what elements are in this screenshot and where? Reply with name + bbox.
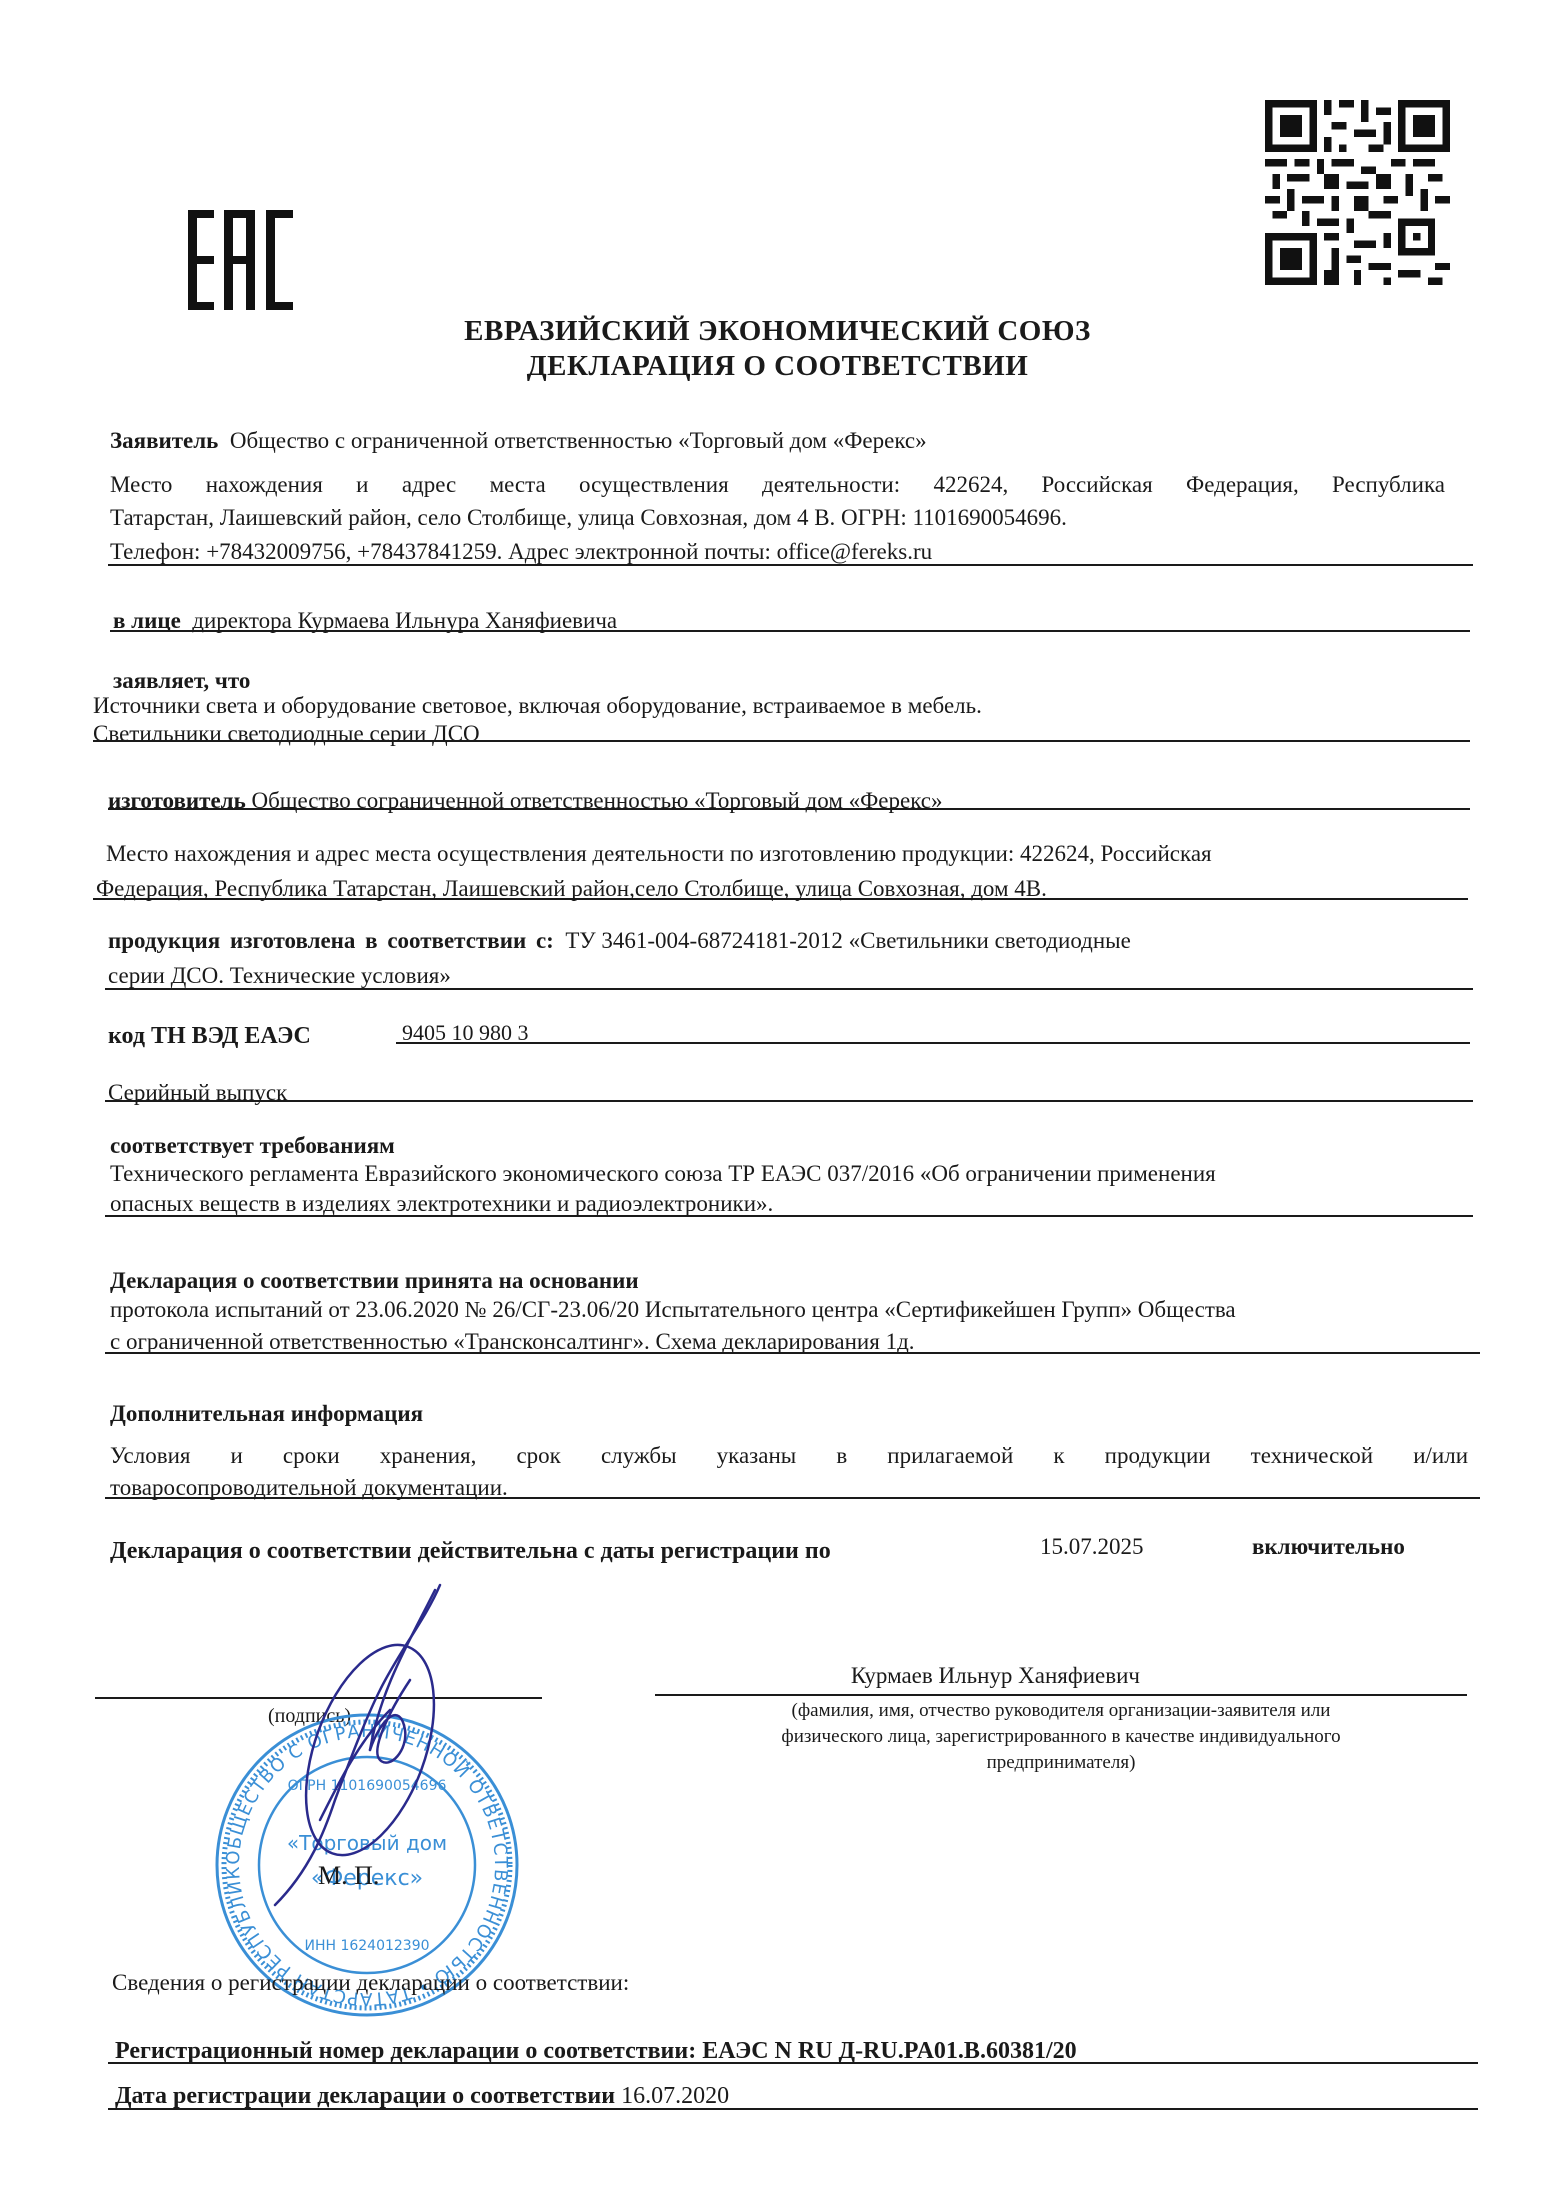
divider xyxy=(105,1100,1473,1102)
basis-line1: протокола испытаний от 23.06.2020 № 26/С… xyxy=(110,1294,1236,1326)
divider xyxy=(105,988,1473,990)
produced-per-label: продукция изготовлена в соответствии с: xyxy=(108,928,554,953)
validity-date: 15.07.2025 xyxy=(1040,1531,1144,1563)
manufacturer-address-line2: Федерация, Республика Татарстан, Лаишевс… xyxy=(96,873,1047,905)
validity-label: Декларация о соответствии действительна … xyxy=(110,1535,831,1567)
declares-line2: Светильники светодиодные серии ДСО xyxy=(93,718,480,750)
divider xyxy=(108,564,1473,566)
registration-number-value: ЕАЭС N RU Д-RU.PA01.B.60381/20 xyxy=(702,2038,1076,2064)
title-declaration: ДЕКЛАРАЦИЯ О СООТВЕТСТВИИ xyxy=(0,350,1555,383)
signer-name-line xyxy=(655,1694,1467,1696)
additional-label: Дополнительная информация xyxy=(110,1398,423,1430)
registration-number-label: Регистрационный номер декларации о соотв… xyxy=(115,2038,696,2064)
divider xyxy=(93,898,1468,900)
additional-line1: Условия и сроки хранения, срок службы ук… xyxy=(110,1440,1468,1472)
manufacturer-row: изготовитель Общество сограниченной отве… xyxy=(108,785,943,817)
conforms-line1: Технического регламента Евразийского эко… xyxy=(110,1158,1216,1190)
produced-per-row: продукция изготовлена в соответствии с: … xyxy=(108,925,1131,957)
divider xyxy=(108,808,1470,810)
divider xyxy=(108,2108,1478,2110)
signer-caption-line1: (фамилия, имя, отчество руководителя орг… xyxy=(655,1698,1467,1724)
divider xyxy=(110,630,1470,632)
registration-date-value: 16.07.2020 xyxy=(621,2083,729,2109)
divider xyxy=(396,1042,1470,1044)
divider xyxy=(105,1497,1480,1499)
divider xyxy=(108,2062,1478,2064)
applicant-label: Заявитель xyxy=(110,428,218,453)
registration-intro: Сведения о регистрации декларации о соот… xyxy=(112,1967,629,1999)
applicant-address-line2: Татарстан, Лаишевский район, село Столби… xyxy=(110,502,1067,534)
release-type: Серийный выпуск xyxy=(108,1077,287,1109)
title-union: ЕВРАЗИЙСКИЙ ЭКОНОМИЧЕСКИЙ СОЮЗ xyxy=(0,315,1555,348)
qr-code-icon xyxy=(1265,100,1450,285)
tn-ved-value: 9405 10 980 3 xyxy=(402,1017,529,1049)
signature-icon xyxy=(230,1580,470,1910)
additional-line2: товаросопроводительной документации. xyxy=(110,1472,508,1504)
manufacturer-address-line1: Место нахождения и адрес места осуществл… xyxy=(106,838,1212,870)
signer-caption-line2: физического лица, зарегистрированного в … xyxy=(655,1724,1467,1750)
eac-logo-icon xyxy=(188,210,293,310)
divider xyxy=(105,1352,1480,1354)
applicant-name: Общество с ограниченной ответственностью… xyxy=(230,428,927,453)
applicant-address-line1: Место нахождения и адрес места осуществл… xyxy=(110,469,1445,501)
signer-name: Курмаев Ильнур Ханяфиевич xyxy=(0,1660,1140,1692)
divider xyxy=(93,740,1470,742)
divider xyxy=(105,1215,1473,1217)
signer-caption-line3: предпринимателя) xyxy=(655,1750,1467,1776)
produced-per-line1: ТУ 3461-004-68724181-2012 «Светильники с… xyxy=(565,928,1131,953)
applicant-row: Заявитель Общество с ограниченной ответс… xyxy=(110,425,927,457)
registration-date-label: Дата регистрации декларации о соответств… xyxy=(115,2083,615,2109)
basis-label: Декларация о соответствии принята на осн… xyxy=(110,1265,639,1297)
represented-row: в лице директора Курмаева Ильнура Ханяфи… xyxy=(113,605,617,637)
validity-suffix: включительно xyxy=(1252,1531,1405,1563)
stamp-inn: ИНН 1624012390 xyxy=(304,1938,429,1954)
tn-ved-label: код ТН ВЭД ЕАЭС xyxy=(108,1020,311,1052)
